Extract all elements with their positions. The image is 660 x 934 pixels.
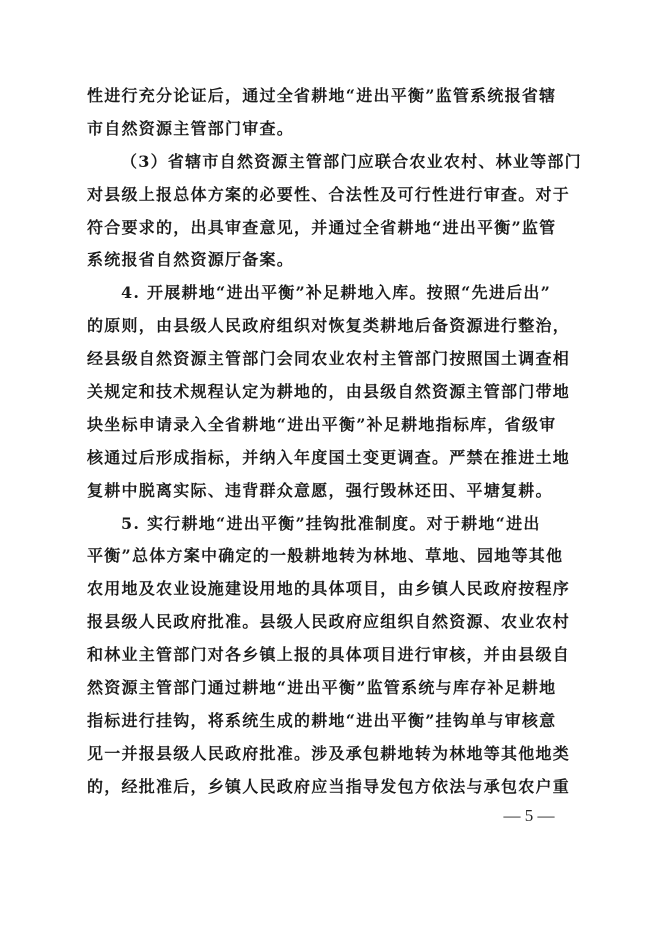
text-line: 见一并报县级人民政府批准。涉及承包耕地转为林地等其他地类 <box>87 738 575 771</box>
paragraph-start-line: 5. 实行耕地“进出平衡”挂钩批准制度。对于耕地“进出 <box>87 508 575 541</box>
text-line: 的，经批准后，乡镇人民政府应当指导发包方依法与承包农户重 <box>87 771 575 804</box>
text-line: 关规定和技术规程认定为耕地的，由县级自然资源主管部门带地 <box>87 376 575 409</box>
text-line: 块坐标申请录入全省耕地“进出平衡”补足耕地指标库，省级审 <box>87 409 575 442</box>
text-line: 和林业主管部门对各乡镇上报的具体项目进行审核，并由县级自 <box>87 639 575 672</box>
text-line: 经县级自然资源主管部门会同农业农村主管部门按照国土调查相 <box>87 343 575 376</box>
text-line: 市自然资源主管部门审查。 <box>87 113 575 146</box>
text-line: 的原则，由县级人民政府组织对恢复类耕地后备资源进行整治， <box>87 310 575 343</box>
document-body: 性进行充分论证后，通过全省耕地“进出平衡”监管系统报省辖 市自然资源主管部门审查… <box>87 80 575 804</box>
text-line: 符合要求的，出具审查意见，并通过全省耕地“进出平衡”监管 <box>87 212 575 245</box>
paragraph-start-line: 4. 开展耕地“进出平衡”补足耕地入库。按照“先进后出” <box>87 277 575 310</box>
paragraph-start-line: （3）省辖市自然资源主管部门应联合农业农村、林业等部门 <box>87 146 575 179</box>
text-line: 性进行充分论证后，通过全省耕地“进出平衡”监管系统报省辖 <box>87 80 575 113</box>
text-line: 平衡”总体方案中确定的一般耕地转为林地、草地、园地等其他 <box>87 540 575 573</box>
text-line: 核通过后形成指标，并纳入年度国土变更调查。严禁在推进土地 <box>87 442 575 475</box>
text-line: 对县级上报总体方案的必要性、合法性及可行性进行审查。对于 <box>87 179 575 212</box>
text-line: 报县级人民政府批准。县级人民政府应组织自然资源、农业农村 <box>87 606 575 639</box>
text-line: 农用地及农业设施建设用地的具体项目，由乡镇人民政府按程序 <box>87 573 575 606</box>
text-line: 然资源主管部门通过耕地“进出平衡”监管系统与库存补足耕地 <box>87 672 575 705</box>
document-page: 性进行充分论证后，通过全省耕地“进出平衡”监管系统报省辖 市自然资源主管部门审查… <box>0 0 660 934</box>
page-number: — 5 — <box>494 804 564 828</box>
text-line: 指标进行挂钩，将系统生成的耕地“进出平衡”挂钩单与审核意 <box>87 705 575 738</box>
text-line: 系统报省自然资源厅备案。 <box>87 244 575 277</box>
text-line: 复耕中脱离实际、违背群众意愿，强行毁林还田、平塘复耕。 <box>87 475 575 508</box>
